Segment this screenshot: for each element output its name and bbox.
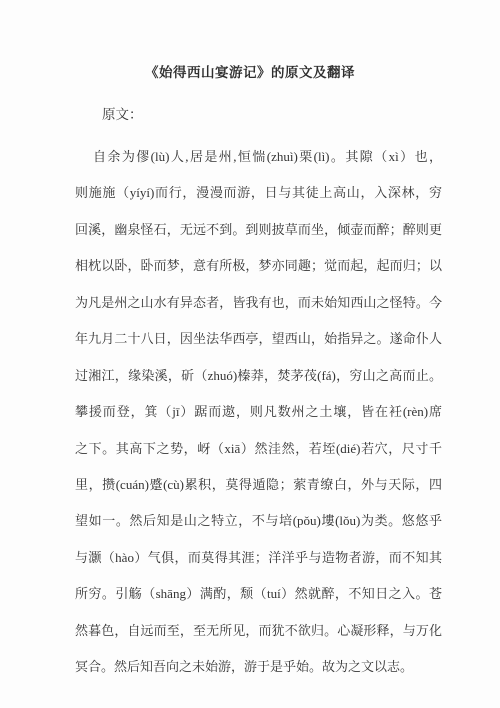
- text-line: 则施施（yíyí)而行，漫漫而游，日与其徒上高山，入深林，穷: [75, 175, 442, 211]
- text-line: 然暮色，自远而至，至无所见，而犹不欲归。心凝形释，与万化: [75, 613, 442, 649]
- text-line: 攀援而登，箕（jī）踞而遨，则凡数州之土壤，皆在衽(rèn)席: [75, 394, 442, 430]
- page-title: 《始得西山宴游记》的原文及翻译: [0, 63, 500, 83]
- section-label-original-text: 原文：: [102, 105, 500, 125]
- text-line: 相枕以卧，卧而梦，意有所极，梦亦同趣；觉而起，起而归；以: [75, 248, 442, 284]
- text-line: 所穷。引觞（shāng）满酌，颓（tuí）然就醉，不知日之入。苍: [75, 576, 442, 612]
- original-text-paragraph: 自余为僇(lù)人,居是州,恒惴(zhuì)栗(lì)。其隙（xì）也， 则施施…: [75, 139, 442, 686]
- text-line: 自余为僇(lù)人,居是州,恒惴(zhuì)栗(lì)。其隙（xì）也，: [75, 139, 442, 175]
- text-line: 与灏（hào）气俱，而莫得其涯；洋洋乎与造物者游，而不知其: [75, 540, 442, 576]
- text-line: 冥合。然后知吾向之未始游，游于是乎始。故为之文以志。: [75, 649, 442, 685]
- text-line: 为凡是州之山水有异态者，皆我有也，而未始知西山之怪特。今: [75, 285, 442, 321]
- text-line: 回溪，幽泉怪石，无远不到。到则披草而坐，倾壶而醉；醉则更: [75, 212, 442, 248]
- text-line: 里，攒(cuán)蹙(cù)累积，莫得遁隐；萦青缭白，外与天际，四: [75, 467, 442, 503]
- text-line: 年九月二十八日，因坐法华西亭，望西山，始指异之。遂命仆人: [75, 321, 442, 357]
- text-line: 之下。其高下之势，岈（xiā）然洼然，若垤(dié)若穴，尺寸千: [75, 431, 442, 467]
- text-line: 过湘江，缘染溪，斫（zhuó)榛莽，焚茅茷(fá)，穷山之高而止。: [75, 358, 442, 394]
- document-page: 《始得西山宴游记》的原文及翻译 原文： 自余为僇(lù)人,居是州,恒惴(zhu…: [0, 0, 500, 708]
- text-line: 望如一。然后知是山之特立，不与培(pǒu)塿(lǒu)为类。悠悠乎: [75, 503, 442, 539]
